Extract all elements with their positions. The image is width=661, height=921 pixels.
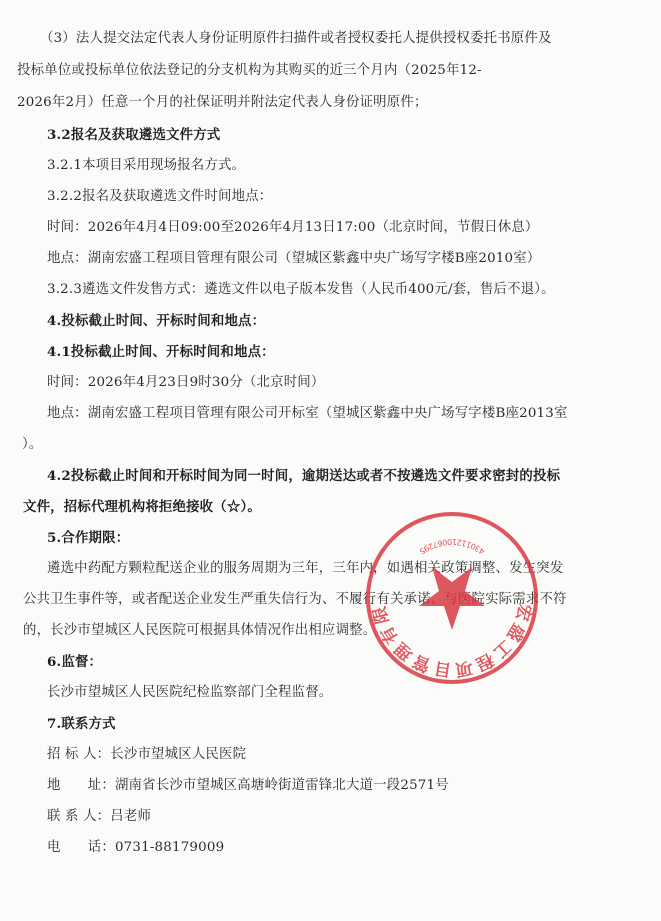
tenderer-address-row: 地 址：湖南省长沙市望城区高塘岭街道雷锋北大道一段2571号 [47,777,449,795]
bid-opening-time: 时间：2026年4月23日9时30分（北京时间） [47,374,324,392]
paragraph-3-line-2: 投标单位或投标单位依法登记的分支机构为其购买的近三个月内（2025年12- [17,62,482,80]
tenderer-row: 招 标 人：长沙市望城区人民医院 [47,746,246,764]
contact-label: 联 系 人： [47,809,110,824]
tenderer-phone-row: 电 话：0731-88179009 [47,839,224,857]
section-7-heading: 7.联系方式 [47,715,116,733]
bid-opening-place-line-2: ）。 [22,436,42,454]
section-4-heading: 4.投标截止时间、开标时间和地点： [47,312,265,330]
address-value: 湖南省长沙市望城区高塘岭街道雷锋北大道一段2571号 [115,778,449,793]
section-4-2-line-2: 文件，招标代理机构将拒绝接收（☆）。 [23,498,261,516]
tenderer-value: 长沙市望城区人民医院 [110,747,246,762]
document-page: （3）法人提交法定代表人身份证明原件扫描件或者授权委托人提供授权委托书原件及 投… [0,0,661,921]
paragraph-3-line-1: （3）法人提交法定代表人身份证明原件扫描件或者授权委托人提供授权委托书原件及 [40,30,552,48]
registration-time: 时间：2026年4月4日09:00至2026年4月13日17:00（北京时间，节… [47,219,539,237]
address-label: 地 址： [47,778,115,793]
contact-value: 吕老师 [110,809,151,824]
registration-place: 地点：湖南宏盛工程项目管理有限公司（望城区紫鑫中央广场写字楼B座2010室） [47,250,540,268]
bid-opening-place-line-1: 地点：湖南宏盛工程项目管理有限公司开标室（望城区紫鑫中央广场写字楼B座2013室 [47,405,568,423]
section-4-2-line-1: 4.2投标截止时间和开标时间为同一时间，逾期送达或者不按遴选文件要求密封的投标 [47,467,560,485]
phone-value: 0731-88179009 [115,840,224,855]
section-3-2-3: 3.2.3遴选文件发售方式：遴选文件以电子版本发售（人民币400元/套，售后不退… [47,281,555,299]
svg-text:43011210067295: 43011210067295 [418,537,487,556]
paragraph-3-line-3: 2026年2月）任意一个月的社保证明并附法定代表人身份证明原件； [17,94,428,112]
section-5-line-3: 的，长沙市望城区人民医院可根据具体情况作出相应调整。 [23,622,376,640]
phone-label: 电 话： [47,840,115,855]
tenderer-contact-row: 联 系 人：吕老师 [47,808,151,826]
section-3-2-2: 3.2.2报名及获取遴选文件时间地点： [47,188,272,206]
seal-icon: 湖南宏盛工程项目管理有限公司 43011210067295 [362,508,542,688]
section-5-heading: 5.合作期限： [47,529,129,547]
tenderer-label: 招 标 人： [47,747,110,762]
section-6-text: 长沙市望城区人民医院纪检监察部门全程监督。 [47,684,332,702]
section-4-1-heading: 4.1投标截止时间、开标时间和地点： [47,343,275,361]
section-6-heading: 6.监督： [47,653,102,671]
section-3-2-heading: 3.2报名及获取遴选文件方式 [47,126,220,144]
company-seal: 湖南宏盛工程项目管理有限公司 43011210067295 [362,508,542,688]
section-3-2-1: 3.2.1本项目采用现场报名方式。 [47,157,245,175]
